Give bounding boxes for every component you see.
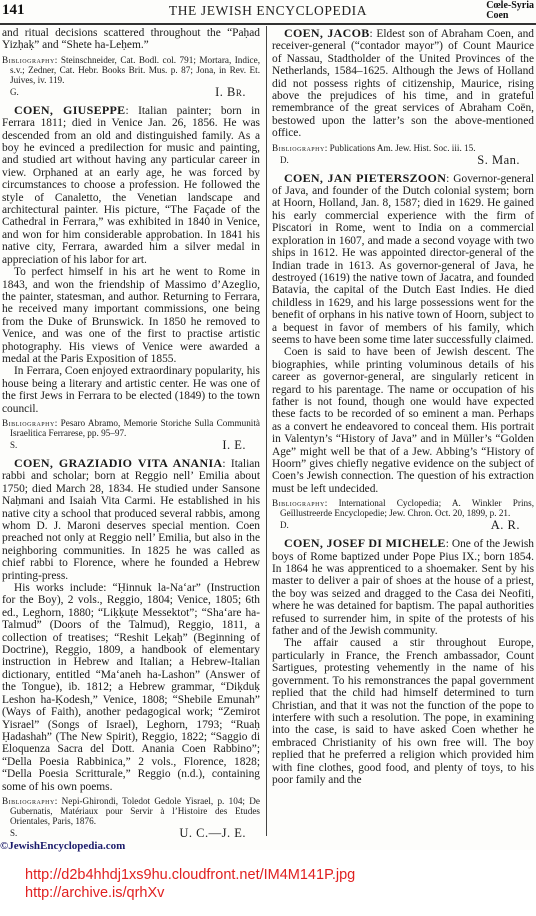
entry-title: COEN, GRAZIADIO VITA ANANIA [14,456,222,470]
entry-coen-josef-di-michele: COEN, JOSEF DI MICHELE: One of the Jewis… [272,537,534,786]
catchwords: Cœle-Syria Coen [486,1,534,20]
signature: S.U. C.—J. E. [2,827,260,839]
signature: D.S. Man. [272,154,534,166]
entry-paragraph: COEN, JOSEF DI MICHELE: One of the Jewis… [272,537,534,637]
signature-author: I. E. [222,439,246,451]
bibliography: Bibliography: Publications Am. Jew. Hist… [272,143,534,153]
encyclopedia-page: 141 THE JEWISH ENCYCLOPEDIA Cœle-Syria C… [0,0,536,850]
entry-title: COEN, JACOB [284,26,370,40]
entry-coen-giuseppe: COEN, GIUSEPPE: Italian painter; born in… [2,104,260,451]
continuation-text: and ritual decisions scattered throughou… [2,27,260,52]
signature-initial: G. [10,86,19,98]
entry-paragraph: His works include: “Ḥinnuk la-Na‘ar” (In… [2,582,260,793]
right-column: COEN, JACOB: Eldest son of Abraham Coen,… [272,27,534,786]
source-links: http://d2b4hhdj1xs9hu.cloudfront.net/IM4… [25,866,355,902]
signature-initial: D. [280,519,289,531]
signature-author: A. R. [491,519,520,531]
signature-author: S. Man. [477,154,520,166]
entry-coen-graziadio: COEN, GRAZIADIO VITA ANANIA: Italian rab… [2,457,260,839]
copyright-notice: ©JewishEncyclopedia.com [0,840,125,852]
entry-paragraph: To perfect himself in his art he went to… [2,266,260,365]
catchword-bottom: Coen [486,11,534,21]
bibliography-label: Bibliography [272,498,325,508]
header-rule [0,23,536,25]
entry-title: COEN, JOSEF DI MICHELE [284,536,446,550]
signature-author: U. C.—J. E. [179,827,246,839]
entry-title: COEN, JAN PIETERSZOON [284,171,446,185]
bibliography: Bibliography: Pesaro Abramo, Memorie Sto… [2,418,260,438]
signature-initial: S. [10,827,17,839]
entry-paragraph: In Ferrara, Coen enjoyed extraordinary p… [2,365,260,415]
column-divider [266,26,267,836]
running-title: THE JEWISH ENCYCLOPEDIA [0,3,536,19]
page-header: 141 THE JEWISH ENCYCLOPEDIA Cœle-Syria C… [0,0,536,22]
bibliography: Bibliography: International Cyclopedia; … [272,498,534,518]
signature: S.I. E. [2,439,260,451]
entry-coen-jacob: COEN, JACOB: Eldest son of Abraham Coen,… [272,27,534,166]
bibliography: Bibliography: Nepi-Ghirondi, Toledot Ged… [2,796,260,826]
bibliography-label: Bibliography [2,796,55,806]
bibliography-label: Bibliography [272,143,325,153]
entry-coen-jan-pieterszoon: COEN, JAN PIETERSZOON: Governor-general … [272,172,534,532]
source-link-image[interactable]: http://d2b4hhdj1xs9hu.cloudfront.net/IM4… [25,866,355,884]
signature-initial: S. [10,439,17,451]
entry-paragraph: COEN, JAN PIETERSZOON: Governor-general … [272,172,534,347]
entry-title: COEN, GIUSEPPE [14,103,125,117]
bibliography-label: Bibliography [2,418,55,428]
signature-initial: D. [280,154,289,166]
signature: G.I. Br. [2,86,260,98]
left-column: and ritual decisions scattered throughou… [2,27,260,839]
entry-paragraph: The affair caused a stir throughout Euro… [272,637,534,786]
signature-author: I. Br. [215,86,246,98]
signature: D.A. R. [272,519,534,531]
entry-paragraph: COEN, JACOB: Eldest son of Abraham Coen,… [272,27,534,140]
bibliography-label: Bibliography [2,55,55,65]
bibliography: Bibliography: Steinschneider, Cat. Bodl.… [2,55,260,85]
entry-paragraph: COEN, GRAZIADIO VITA ANANIA: Italian rab… [2,457,260,582]
bibliography-text: : Publications Am. Jew. Hist. Soc. iii. … [325,143,476,153]
entry-paragraph: Coen is said to have been of Jewish desc… [272,346,534,495]
source-link-archive[interactable]: http://archive.is/qrhXv [25,884,355,902]
entry-paragraph: COEN, GIUSEPPE: Italian painter; born in… [2,104,260,266]
